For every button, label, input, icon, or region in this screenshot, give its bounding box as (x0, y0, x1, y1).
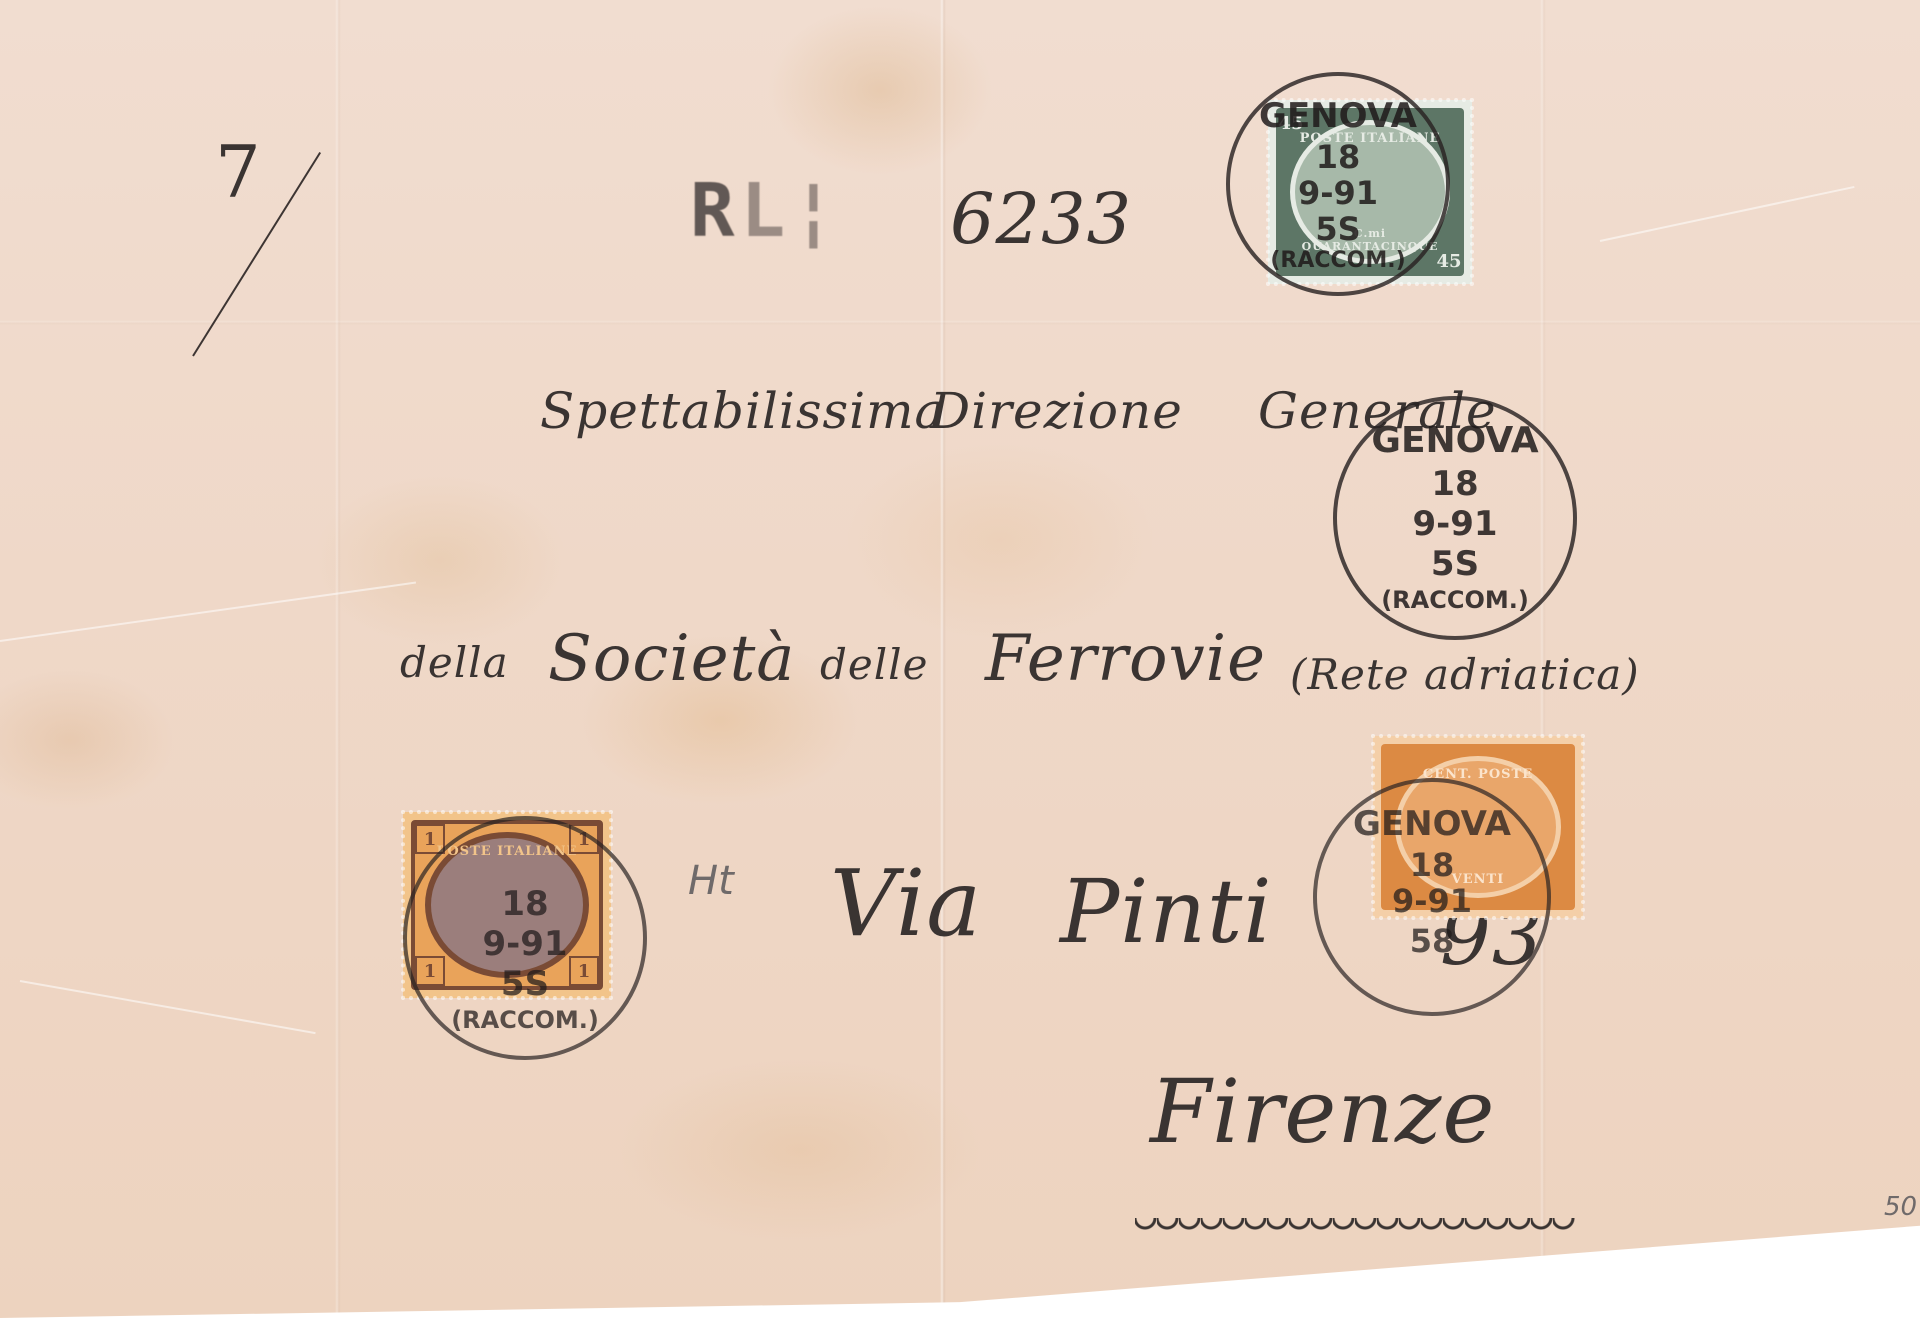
postmark-city: GENOVA (1337, 420, 1573, 461)
address-line3-word2: Pinti (1060, 860, 1273, 963)
postmark-lower-left: 18 9-91 5S (RACCOM.) (403, 816, 647, 1060)
postmark-type: (RACCOM.) (1230, 248, 1446, 273)
postmark-type: (RACCOM.) (407, 1006, 643, 1034)
pencil-corner-number: 50 (1884, 1192, 1917, 1222)
address-line1-word1: Spettabilissima (540, 382, 945, 440)
postmark-day: 18 (1337, 464, 1573, 504)
paper-crease (20, 980, 316, 1034)
address-line2-word1: della (400, 638, 509, 687)
address-line3-word1: Via (830, 850, 982, 957)
postmark-date: 9-91 (1337, 504, 1573, 544)
address-line2-word5: (Rete adriatica) (1290, 650, 1640, 699)
pencil-note: Ht (688, 858, 734, 904)
postmark-time: 5S (1230, 210, 1446, 248)
postmark-time: 5S (1337, 544, 1573, 584)
postmark-lower-right: GENOVA 18 9-91 58 (1313, 778, 1551, 1016)
postmark-date: 9-91 (1230, 174, 1446, 212)
postmark-date: 9-91 (1317, 882, 1547, 920)
postmark-type: (RACCOM.) (1337, 586, 1573, 614)
vertical-fold (940, 0, 946, 1318)
city-underline-flourish (1135, 1218, 1575, 1238)
horizontal-fold (0, 320, 1920, 325)
paper-crease (0, 582, 416, 642)
registration-label: R (690, 168, 741, 254)
postmark-top: GENOVA 18 9-91 5S (RACCOM.) (1226, 72, 1450, 296)
corner-number: 7 (215, 130, 262, 214)
address-line1-word2: Direzione (930, 382, 1183, 440)
paper-crease (1600, 186, 1855, 242)
postmark-time: 58 (1317, 922, 1547, 960)
postmark-day: 18 (407, 884, 643, 924)
postmark-day: 18 (1317, 846, 1547, 884)
registration-handstamp: RL¦ (690, 168, 842, 254)
vertical-fold (335, 0, 341, 1318)
postmark-date: 9-91 (407, 924, 643, 964)
address-line2-word4: Ferrovie (985, 622, 1266, 696)
postmark-time: 5S (407, 964, 643, 1004)
postmark-day: 18 (1230, 138, 1446, 176)
address-line2-word2: Società (548, 622, 795, 696)
envelope-cover: 7 RL¦ 6233 Spettabilissima Direzione Gen… (0, 0, 1920, 1318)
registration-number: 6233 (950, 178, 1132, 260)
postmark-city: GENOVA (1230, 96, 1446, 136)
postmark-middle: GENOVA 18 9-91 5S (RACCOM.) (1333, 396, 1577, 640)
address-city: Firenze (1150, 1060, 1495, 1163)
postmark-city: GENOVA (1317, 804, 1547, 844)
address-line2-word3: delle (820, 640, 928, 689)
